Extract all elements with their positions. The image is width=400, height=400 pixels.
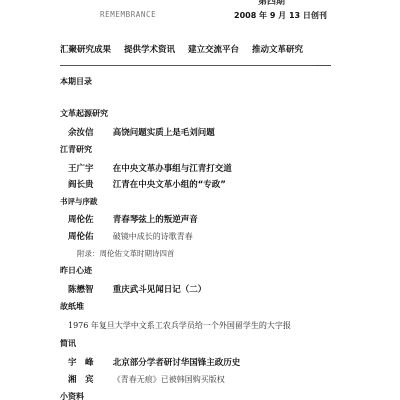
entry-author: 湘 宾 <box>68 373 110 385</box>
entry-title: 北京部分学者研讨华国锋主政历史 <box>113 358 241 368</box>
journal-name-english: REMEMBRANCE <box>100 10 156 19</box>
entry-author: 周伦佐 <box>68 213 110 225</box>
toc-entry[interactable]: 陈懋智 重庆武斗见闻日记（二） <box>68 283 206 295</box>
toc-section-heading: 简讯 <box>60 338 76 349</box>
entry-author: 陈懋智 <box>68 283 110 295</box>
journal-slogan: 汇聚研究成果 提供学术资讯 建立交流平台 推动文革研究 <box>60 43 313 55</box>
entry-title: 《青春无痕》已被韩国购买版权 <box>113 375 225 384</box>
toc-entry[interactable]: 王广宇 在中央文革办事组与江青打交道 <box>68 162 232 174</box>
entry-title: 青春琴弦上的叛逆声音 <box>113 215 198 225</box>
toc-entry[interactable]: 余汝信 高饶问题实质上是毛刘问题 <box>68 126 215 138</box>
slogan-4: 推动文革研究 <box>252 45 303 55</box>
toc-title: 本期目录 <box>60 76 92 87</box>
entry-author: 余汝信 <box>68 126 110 138</box>
toc-entry[interactable]: 宇 峰 北京部分学者研讨华国锋主政历史 <box>68 356 240 368</box>
toc-section-heading: 小资料 <box>60 391 84 400</box>
entry-author: 王广宇 <box>68 162 110 174</box>
toc-entry[interactable]: 阎长贵 江青在中央文革小组的“专政” <box>68 178 226 190</box>
toc-section-heading: 故纸堆 <box>60 301 84 312</box>
slogan-1: 汇聚研究成果 <box>60 45 111 55</box>
toc-entry[interactable]: 周伦佑 破镜中成长的诗歌青春 <box>68 230 193 242</box>
entry-author: 宇 峰 <box>68 356 110 368</box>
toc-section-heading: 昨日心迹 <box>60 265 92 276</box>
toc-section-heading: 文革起源研究 <box>60 108 108 119</box>
toc-entry[interactable]: 1976 年复旦大学中文系工农兵学员给一个外国留学生的大字报 <box>68 320 291 331</box>
toc-appendix[interactable]: 附录：周伦佑文革时期诗四首 <box>77 248 175 259</box>
slogan-2: 提供学术资讯 <box>124 45 175 55</box>
divider-line <box>60 65 330 66</box>
entry-title: 高饶问题实质上是毛刘问题 <box>113 128 215 138</box>
toc-section-heading: 书评与序跋 <box>60 196 98 207</box>
founding-date: 2008 年 9 月 13 日创刊 <box>234 10 327 21</box>
entry-title: 在中央文革办事组与江青打交道 <box>113 164 232 174</box>
toc-entry[interactable]: 湘 宾 《青春无痕》已被韩国购买版权 <box>68 373 225 385</box>
entry-author: 阎长贵 <box>68 178 110 190</box>
slogan-3: 建立交流平台 <box>188 45 239 55</box>
entry-title: 江青在中央文革小组的“专政” <box>113 180 226 190</box>
divider-dots <box>316 65 331 66</box>
issue-number-partial: 第四期 <box>258 0 285 7</box>
entry-title: 破镜中成长的诗歌青春 <box>113 232 193 241</box>
entry-title: 重庆武斗见闻日记（二） <box>113 285 207 295</box>
toc-entry[interactable]: 周伦佐 青春琴弦上的叛逆声音 <box>68 213 198 225</box>
entry-author: 周伦佑 <box>68 230 110 242</box>
toc-section-heading: 江青研究 <box>60 144 92 155</box>
